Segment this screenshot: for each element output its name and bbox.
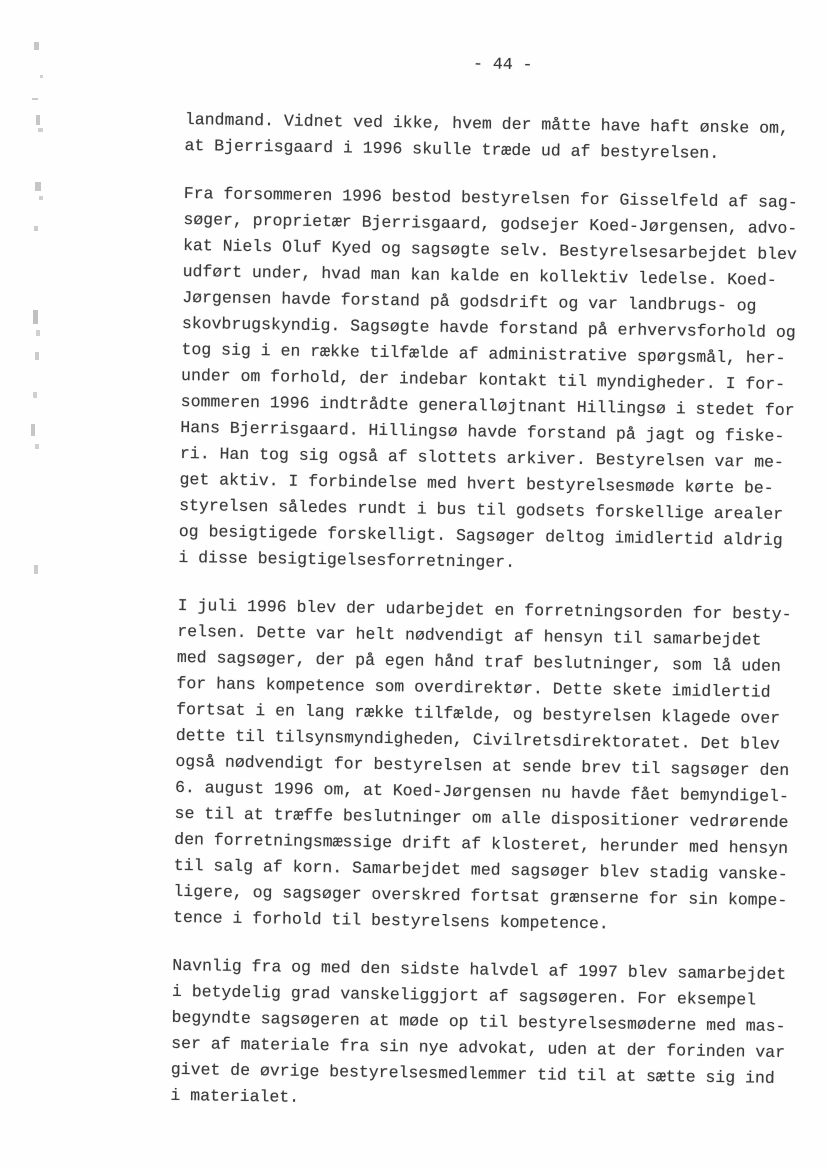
scan-artifact (33, 310, 38, 324)
scan-artifact (33, 392, 37, 398)
scan-artifact (40, 75, 43, 78)
paragraph: Navnlig fra og med den sidste halvdel af… (170, 953, 806, 1118)
scan-artifact (35, 182, 41, 191)
paragraph: landmand. Vidnet ved ikke, hvem der mått… (184, 107, 819, 168)
scan-artifact (36, 330, 40, 336)
scan-artifact (39, 196, 43, 200)
scan-artifact (35, 444, 39, 449)
scan-artifact (34, 565, 38, 574)
paragraph: I juli 1996 blev der udarbejdet en forre… (173, 593, 812, 940)
document-page: - 44 - landmand. Vidnet ved ikke, hvem d… (0, 0, 826, 1169)
scan-artifact (36, 115, 40, 125)
page-number: - 44 - (186, 47, 820, 82)
scan-artifact (34, 42, 39, 50)
scan-artifact (31, 424, 35, 436)
document-text-block: - 44 - landmand. Vidnet ved ikke, hvem d… (170, 47, 820, 1140)
scan-artifact (32, 98, 38, 100)
scan-artifact (35, 352, 39, 360)
scan-artifact (34, 226, 38, 231)
paragraph: Fra forsommeren 1996 bestod bestyrelsen … (178, 181, 818, 580)
scan-artifact (38, 128, 43, 132)
